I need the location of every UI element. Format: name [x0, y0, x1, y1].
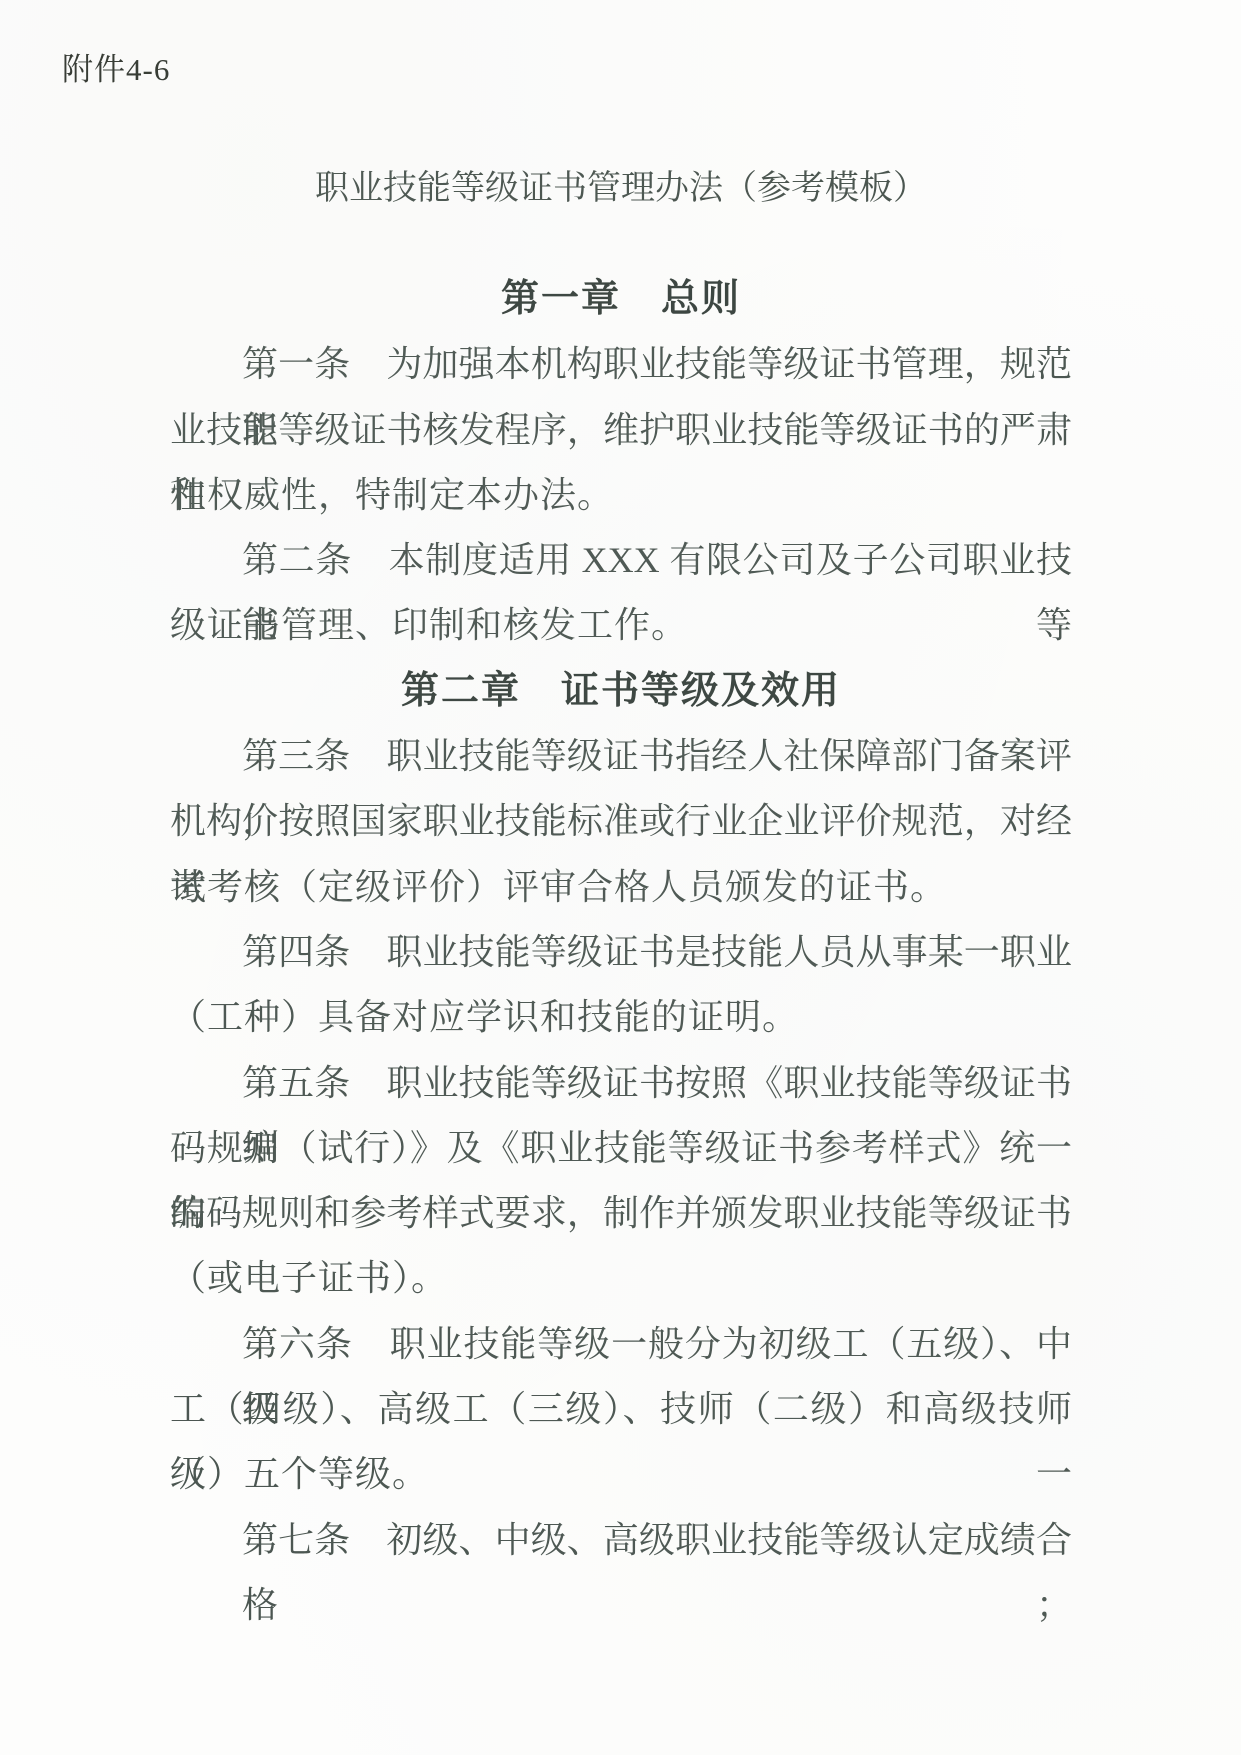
- attachment-label: 附件4-6: [62, 44, 170, 89]
- text-line: 业技能等级证书核发程序，维护职业技能等级证书的严肃性: [170, 398, 1072, 463]
- document-body: 第一章 总则第一条 为加强本机构职业技能等级证书管理，规范职业技能等级证书核发程…: [170, 267, 1072, 1573]
- document-title: 职业技能等级证书管理办法（参考模板）: [170, 160, 1072, 209]
- text-line: 机构，按照国家职业技能标准或行业企业评价规范，对经考: [170, 789, 1072, 854]
- document-page: 附件4-6 职业技能等级证书管理办法（参考模板） 第一章 总则第一条 为加强本机…: [0, 0, 1241, 1755]
- text-line: 第六条 职业技能等级一般分为初级工（五级）、中级: [170, 1312, 1072, 1377]
- text-line: 编码规则和参考样式要求，制作并颁发职业技能等级证书: [170, 1181, 1072, 1246]
- text-line: 和权威性，特制定本办法。: [170, 463, 1072, 528]
- text-line: 第四条 职业技能等级证书是技能人员从事某一职业: [170, 920, 1072, 985]
- text-line: 第三条 职业技能等级证书指经人社保障部门备案评价: [170, 724, 1072, 789]
- text-line: 试考核（定级评价）评审合格人员颁发的证书。: [170, 855, 1072, 920]
- text-line: 第五条 职业技能等级证书按照《职业技能等级证书编: [170, 1051, 1072, 1116]
- text-line: 第一条 为加强本机构职业技能等级证书管理，规范职: [170, 332, 1072, 397]
- chapter-heading: 第二章 证书等级及效用: [170, 659, 1072, 724]
- text-line: 工（四级）、高级工（三级）、技师（二级）和高级技师（一: [170, 1377, 1072, 1442]
- text-line: （工种）具备对应学识和技能的证明。: [170, 985, 1072, 1050]
- text-line: 第七条 初级、中级、高级职业技能等级认定成绩合格；: [170, 1508, 1072, 1573]
- text-line: 码规则（试行）》及《职业技能等级证书参考样式》统一的: [170, 1116, 1072, 1181]
- chapter-heading: 第一章 总则: [170, 267, 1072, 332]
- text-line: 第二条 本制度适用 XXX 有限公司及子公司职业技能等: [170, 528, 1072, 593]
- text-line: （或电子证书）。: [170, 1246, 1072, 1311]
